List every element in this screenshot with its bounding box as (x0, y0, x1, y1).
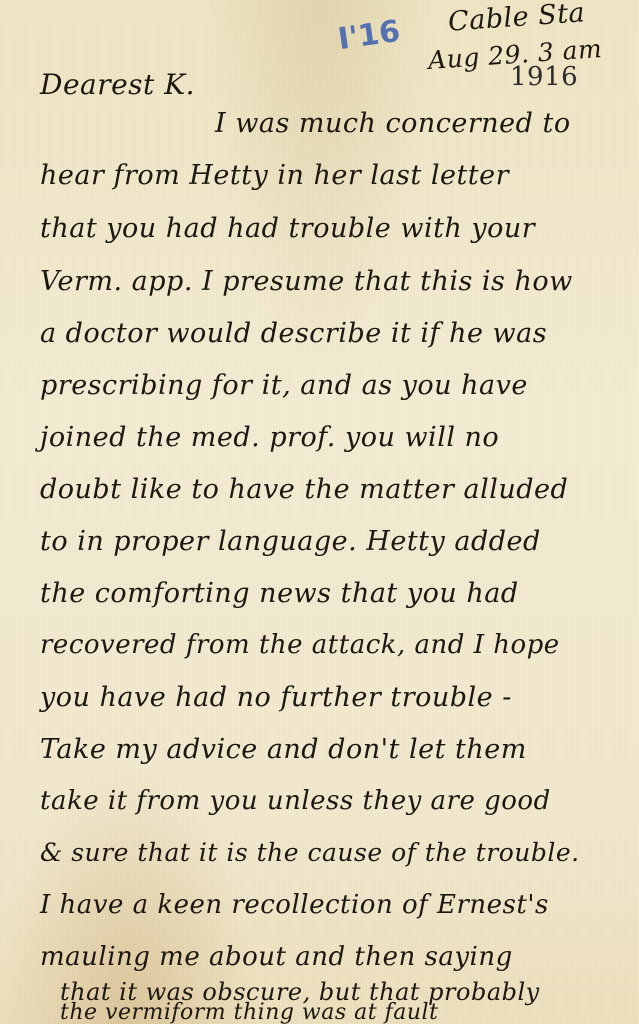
letter-line: the comforting news that you had (40, 578, 519, 609)
letter-line: prescribing for it, and as you have (40, 370, 528, 401)
letter-line: I was much concerned to (215, 108, 571, 139)
letter-line: Verm. app. I presume that this is how (40, 266, 573, 297)
letter-year: 1916 (510, 62, 578, 92)
letter-line: I have a keen recollection of Ernest's (40, 890, 549, 920)
letter-line: recovered from the attack, and I hope (40, 630, 560, 660)
letter-line: joined the med. prof. you will no (40, 422, 499, 453)
letter-line: the vermiform thing was at fault (60, 1000, 438, 1024)
letter-line: mauling me about and then saying (40, 942, 513, 972)
letter-line: doubt like to have the matter alluded (40, 474, 568, 505)
letter-line: to in proper language. Hetty added (40, 526, 541, 557)
letter-line: take it from you unless they are good (40, 786, 551, 816)
salutation: Dearest K. (40, 68, 195, 101)
letter-line: Take my advice and don't let them (40, 734, 527, 765)
letter-line: a doctor would describe it if he was (40, 318, 547, 349)
letter-line: that you had had trouble with your (40, 213, 535, 244)
letter-line: & sure that it is the cause of the troub… (40, 838, 580, 867)
letter-place: Cable Sta (447, 0, 586, 38)
letter-line: hear from Hetty in her last letter (40, 160, 509, 191)
archive-mark: I'16 (336, 14, 402, 57)
letter-line: you have had no further trouble - (40, 682, 512, 713)
letter-page: I'16 Cable Sta Aug 29. 3 am 1916 Dearest… (0, 0, 639, 1024)
